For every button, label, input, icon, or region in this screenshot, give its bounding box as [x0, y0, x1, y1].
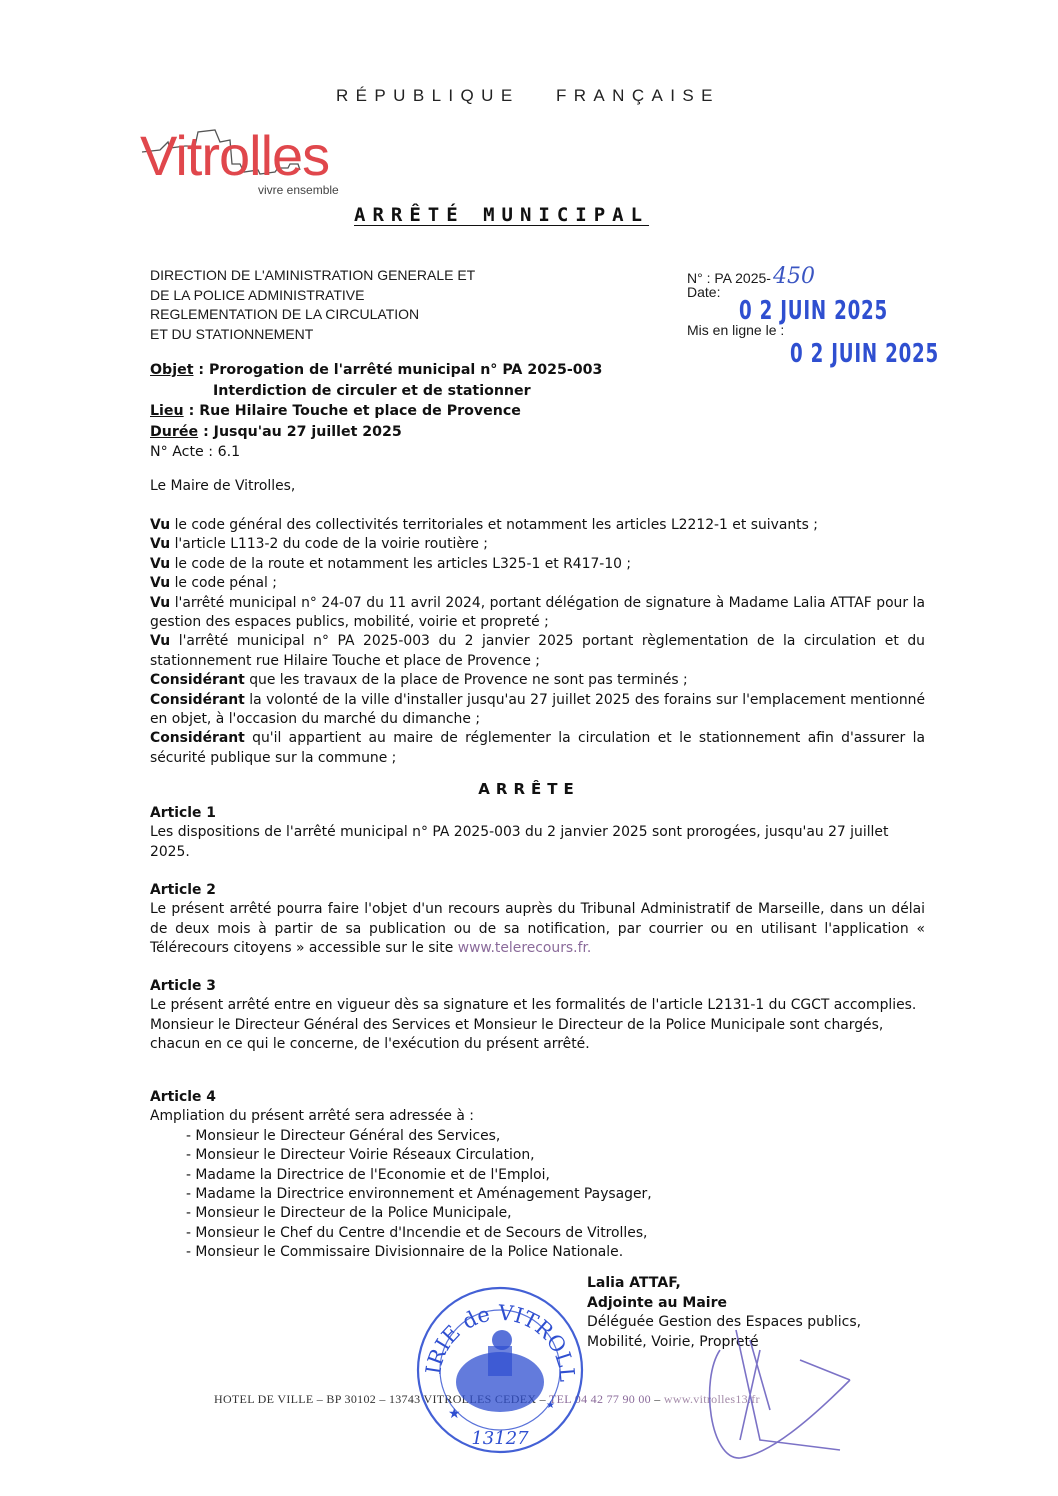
article-2: Article 2 Le présent arrêté pourra faire…: [150, 881, 925, 959]
ampliation-item: - Monsieur le Directeur Général des Serv…: [150, 1127, 925, 1146]
article-title: Article 3: [150, 977, 925, 996]
article-text: Le présent arrêté entre en vigueur dès s…: [150, 996, 925, 1015]
mairie-seal-icon: MAIRIE de VITROLLES 13127 ★ ★: [414, 1284, 586, 1456]
clause: Vu l'arrêté municipal n° 24-07 du 11 avr…: [150, 594, 925, 633]
objet-label: Objet: [150, 362, 193, 378]
clause-lead: Vu: [150, 517, 170, 533]
article-4: Article 4 Ampliation du présent arrêté s…: [150, 1088, 925, 1263]
direction-line: DIRECTION DE L'AMINISTRATION GENERALE ET: [150, 266, 475, 286]
direction-line: DE LA POLICE ADMINISTRATIVE: [150, 286, 475, 306]
duree-value: : Jusqu'au 27 juillet 2025: [198, 424, 402, 440]
handwritten-number: 450: [773, 264, 815, 289]
clause-text: qu'il appartient au maire de réglementer…: [150, 730, 925, 765]
issuing-direction: DIRECTION DE L'AMINISTRATION GENERALE ET…: [150, 266, 475, 344]
ampliation-item: - Madame la Directrice de l'Economie et …: [150, 1166, 925, 1185]
preamble-intro: Le Maire de Vitrolles,: [150, 477, 925, 496]
clause: Vu l'arrêté municipal n° PA 2025-003 du …: [150, 632, 925, 671]
objet-line: Objet : Prorogation de l'arrêté municipa…: [150, 360, 602, 381]
clause-text: la volonté de la ville d'installer jusqu…: [150, 692, 925, 727]
clause-text: l'article L113-2 du code de la voirie ro…: [170, 536, 488, 552]
article-text: Ampliation du présent arrêté sera adress…: [150, 1107, 925, 1126]
clause-text: le code pénal ;: [170, 575, 277, 591]
article-3: Article 3 Le présent arrêté entre en vig…: [150, 977, 925, 1055]
article-text-2: Monsieur le Directeur Général des Servic…: [150, 1016, 925, 1055]
republique-francaise-heading: RÉPUBLIQUE FRANÇAISE: [336, 86, 720, 106]
direction-line: REGLEMENTATION DE LA CIRCULATION: [150, 305, 475, 325]
article-title: Article 1: [150, 804, 925, 823]
clause: Considérant la volonté de la ville d'ins…: [150, 691, 925, 730]
clause: Vu le code général des collectivités ter…: [150, 516, 925, 535]
svg-text:★: ★: [448, 1406, 461, 1422]
clause-lead: Considérant: [150, 692, 245, 708]
objet-line-2: Interdiction de circuler et de stationne…: [150, 381, 602, 402]
article-1: Article 1 Les dispositions de l'arrêté m…: [150, 804, 925, 862]
article-title: Article 2: [150, 881, 925, 900]
online-date-stamp: 0 2 JUIN 2025: [790, 339, 939, 369]
svg-text:13127: 13127: [471, 1428, 529, 1449]
svg-text:★: ★: [546, 1400, 555, 1411]
acte-number: N° Acte : 6.1: [150, 442, 602, 463]
clause-text: l'arrêté municipal n° 24-07 du 11 avril …: [150, 595, 925, 630]
document-title: ARRÊTÉ MUNICIPAL: [354, 204, 649, 226]
clause-lead: Vu: [150, 556, 170, 572]
clause-lead: Considérant: [150, 672, 245, 688]
article-text: Les dispositions de l'arrêté municipal n…: [150, 823, 925, 862]
objet-value: : Prorogation de l'arrêté municipal n° P…: [193, 362, 602, 378]
objet-block: Objet : Prorogation de l'arrêté municipa…: [150, 360, 602, 463]
lieu-label: Lieu: [150, 403, 184, 419]
clause-text: que les travaux de la place de Provence …: [245, 672, 688, 688]
ampliation-item: - Monsieur le Directeur de la Police Mun…: [150, 1204, 925, 1223]
signatory-name: Lalia ATTAF,: [587, 1274, 861, 1294]
clause: Vu le code de la route et notamment les …: [150, 555, 925, 574]
clause: Vu l'article L113-2 du code de la voirie…: [150, 535, 925, 554]
duree-label: Durée: [150, 424, 198, 440]
direction-line: ET DU STATIONNEMENT: [150, 325, 475, 345]
ampliation-item: - Monsieur le Chef du Centre d'Incendie …: [150, 1224, 925, 1243]
clause-lead: Vu: [150, 575, 170, 591]
logo-tagline: vivre ensemble: [258, 183, 339, 197]
clause-text: le code général des collectivités territ…: [170, 517, 818, 533]
clause-lead: Vu: [150, 536, 170, 552]
clause-lead: Considérant: [150, 730, 245, 746]
clause-lead: Vu: [150, 595, 170, 611]
ampliation-item: - Monsieur le Commissaire Divisionnaire …: [150, 1243, 925, 1262]
ampliation-list: - Monsieur le Directeur Général des Serv…: [150, 1127, 925, 1263]
arrete-heading: ARRÊTE: [0, 780, 1058, 798]
clause-lead: Vu: [150, 633, 170, 649]
signatory-role: Adjointe au Maire: [587, 1294, 861, 1314]
clause: Considérant qu'il appartient au maire de…: [150, 729, 925, 768]
article-title: Article 4: [150, 1088, 925, 1107]
lieu-line: Lieu : Rue Hilaire Touche et place de Pr…: [150, 401, 602, 422]
footer-separator: –: [651, 1392, 664, 1406]
ampliation-item: - Monsieur le Directeur Voirie Réseaux C…: [150, 1146, 925, 1165]
ampliation-item: - Madame la Directrice environnement et …: [150, 1185, 925, 1204]
clause: Considérant que les travaux de la place …: [150, 671, 925, 690]
clause-text: le code de la route et notamment les art…: [170, 556, 631, 572]
date-label: Date:: [687, 284, 720, 300]
online-label: Mis en ligne le :: [687, 322, 784, 338]
logo-wordmark: Vitrolles: [140, 128, 329, 184]
duree-line: Durée : Jusqu'au 27 juillet 2025: [150, 422, 602, 443]
clause: Vu le code pénal ;: [150, 574, 925, 593]
preamble-clauses: Vu le code général des collectivités ter…: [150, 516, 925, 768]
article-text: Le présent arrêté pourra faire l'objet d…: [150, 900, 925, 958]
telerecours-link[interactable]: www.telerecours.fr.: [458, 940, 592, 956]
clause-text: l'arrêté municipal n° PA 2025-003 du 2 j…: [150, 633, 925, 668]
handwritten-signature-icon: [700, 1320, 880, 1470]
lieu-value: : Rue Hilaire Touche et place de Provenc…: [184, 403, 521, 419]
